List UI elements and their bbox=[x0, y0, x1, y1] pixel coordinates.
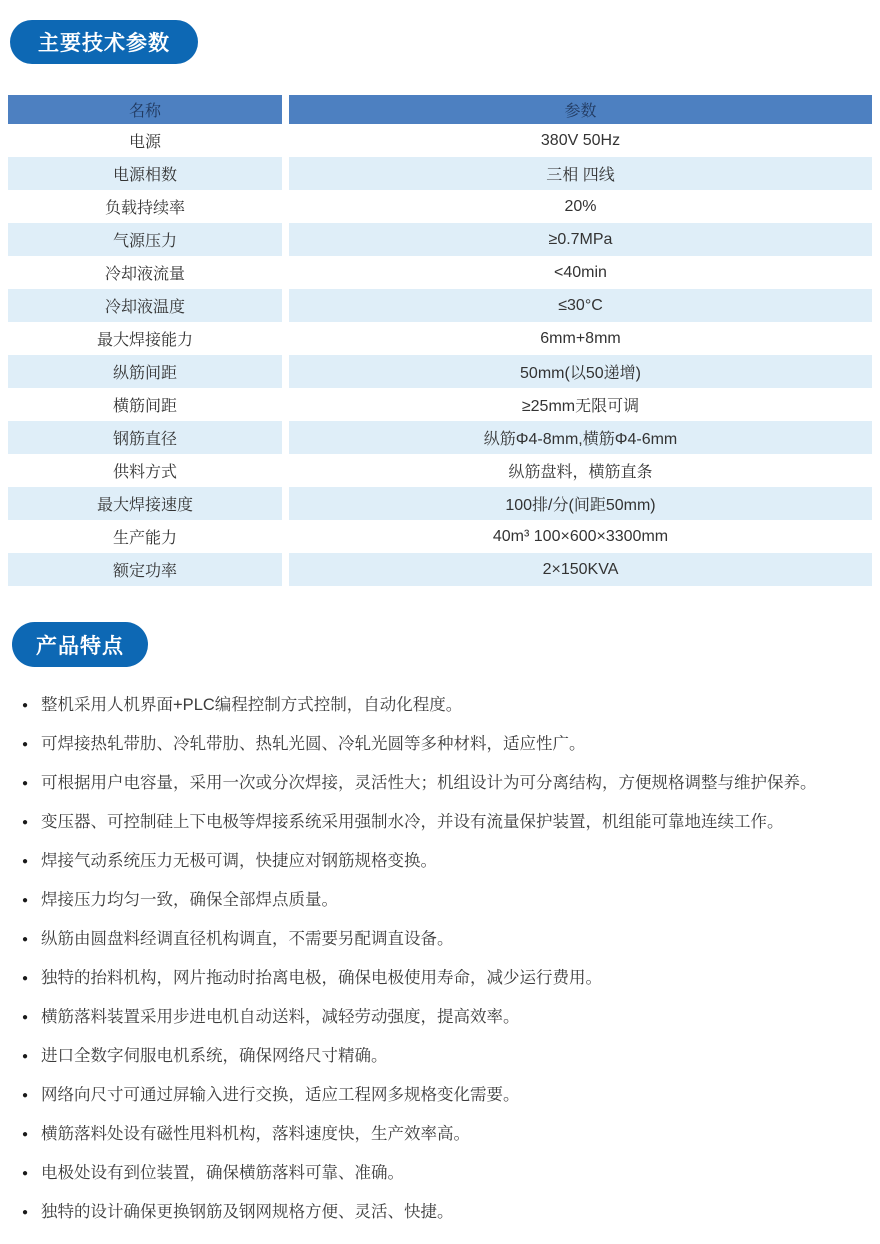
bullet-icon: ● bbox=[22, 1045, 28, 1068]
spec-value-cell: 三相 四线 bbox=[289, 157, 872, 190]
spec-name-cell: 纵筋间距 bbox=[8, 355, 282, 388]
column-divider bbox=[282, 421, 289, 454]
spec-table-row: 供料方式 纵筋盘料，横筋直条 bbox=[8, 454, 872, 487]
spec-table-row: 生产能力 40m³ 100×600×3300mm bbox=[8, 520, 872, 553]
feature-list-item: ● 可根据用户电容量，采用一次或分次焊接，灵活性大；机组设计为可分离结构，方便规… bbox=[22, 772, 874, 795]
spec-table-body: 电源 380V 50Hz 电源相数 三相 四线 负载持续率 20% 气源压力 ≥… bbox=[8, 124, 872, 586]
spec-name-cell: 横筋间距 bbox=[8, 388, 282, 421]
spec-value-cell: <40min bbox=[289, 256, 872, 289]
feature-text: 网络向尺寸可通过屏输入进行交换，适应工程网多规格变化需要。 bbox=[41, 1084, 520, 1107]
spec-table-row: 最大焊接能力 6mm+8mm bbox=[8, 322, 872, 355]
spec-name-cell: 负载持续率 bbox=[8, 190, 282, 223]
feature-text: 焊接压力均匀一致，确保全部焊点质量。 bbox=[41, 889, 338, 912]
spec-table-row: 横筋间距 ≥25mm无限可调 bbox=[8, 388, 872, 421]
bullet-icon: ● bbox=[22, 694, 28, 717]
column-divider bbox=[282, 388, 289, 421]
spec-table-row: 最大焊接速度 100排/分(间距50mm) bbox=[8, 487, 872, 520]
feature-text: 横筋落料处设有磁性甩料机构，落料速度快，生产效率高。 bbox=[41, 1123, 470, 1146]
spec-name-cell: 冷却液温度 bbox=[8, 289, 282, 322]
specs-section-badge: 主要技术参数 bbox=[10, 20, 198, 64]
feature-text: 独特的抬料机构，网片拖动时抬离电极，确保电极使用寿命，减少运行费用。 bbox=[41, 967, 602, 990]
spec-value-cell: 50mm(以50递增) bbox=[289, 355, 872, 388]
bullet-icon: ● bbox=[22, 1162, 28, 1185]
spec-value-cell: 100排/分(间距50mm) bbox=[289, 487, 872, 520]
feature-text: 电极处设有到位装置，确保横筋落料可靠、准确。 bbox=[41, 1162, 404, 1185]
spec-value-cell: 2×150KVA bbox=[289, 553, 872, 586]
feature-list-item: ● 焊接气动系统压力无极可调，快捷应对钢筋规格变换。 bbox=[22, 850, 874, 873]
spec-value-cell: 380V 50Hz bbox=[289, 124, 872, 157]
feature-list-item: ● 电极处设有到位装置，确保横筋落料可靠、准确。 bbox=[22, 1162, 874, 1185]
feature-list: ● 整机采用人机界面+PLC编程控制方式控制，自动化程度。 ● 可焊接热轧带肋、… bbox=[0, 694, 880, 1224]
bullet-icon: ● bbox=[22, 928, 28, 951]
feature-list-item: ● 独特的设计确保更换钢筋及钢网规格方便、灵活、快捷。 bbox=[22, 1201, 874, 1224]
bullet-icon: ● bbox=[22, 1201, 28, 1224]
feature-list-item: ● 进口全数字伺服电机系统，确保网络尺寸精确。 bbox=[22, 1045, 874, 1068]
feature-text: 独特的设计确保更换钢筋及钢网规格方便、灵活、快捷。 bbox=[41, 1201, 454, 1224]
feature-text: 纵筋由圆盘料经调直径机构调直，不需要另配调直设备。 bbox=[41, 928, 454, 951]
spec-table-row: 纵筋间距 50mm(以50递增) bbox=[8, 355, 872, 388]
column-divider bbox=[282, 223, 289, 256]
bullet-icon: ● bbox=[22, 1006, 28, 1029]
column-divider bbox=[282, 454, 289, 487]
spec-name-cell: 气源压力 bbox=[8, 223, 282, 256]
spec-value-cell: 40m³ 100×600×3300mm bbox=[289, 520, 872, 553]
column-divider bbox=[282, 355, 289, 388]
spec-name-cell: 钢筋直径 bbox=[8, 421, 282, 454]
feature-text: 焊接气动系统压力无极可调，快捷应对钢筋规格变换。 bbox=[41, 850, 437, 873]
bullet-icon: ● bbox=[22, 889, 28, 912]
feature-list-item: ● 纵筋由圆盘料经调直径机构调直，不需要另配调直设备。 bbox=[22, 928, 874, 951]
bullet-icon: ● bbox=[22, 850, 28, 873]
spec-table-row: 电源相数 三相 四线 bbox=[8, 157, 872, 190]
bullet-icon: ● bbox=[22, 772, 28, 795]
feature-text: 横筋落料装置采用步进电机自动送料，减轻劳动强度，提高效率。 bbox=[41, 1006, 520, 1029]
feature-list-item: ● 焊接压力均匀一致，确保全部焊点质量。 bbox=[22, 889, 874, 912]
spec-table-row: 电源 380V 50Hz bbox=[8, 124, 872, 157]
header-cell-param: 参数 bbox=[289, 95, 872, 124]
column-divider bbox=[282, 95, 289, 124]
feature-list-item: ● 变压器、可控制硅上下电极等焊接系统采用强制水冷，并设有流量保护装置，机组能可… bbox=[22, 811, 874, 834]
bullet-icon: ● bbox=[22, 1123, 28, 1146]
feature-list-item: ● 可焊接热轧带肋、冷轧带肋、热轧光圆、冷轧光圆等多种材料，适应性广。 bbox=[22, 733, 874, 756]
spec-value-cell: ≤30°C bbox=[289, 289, 872, 322]
features-section-badge: 产品特点 bbox=[12, 622, 148, 667]
spec-table-row: 冷却液温度 ≤30°C bbox=[8, 289, 872, 322]
bullet-icon: ● bbox=[22, 811, 28, 834]
feature-text: 变压器、可控制硅上下电极等焊接系统采用强制水冷，并设有流量保护装置，机组能可靠地… bbox=[41, 811, 784, 834]
spec-table-row: 钢筋直径 纵筋Φ4-8mm,横筋Φ4-6mm bbox=[8, 421, 872, 454]
spec-name-cell: 冷却液流量 bbox=[8, 256, 282, 289]
feature-text: 可焊接热轧带肋、冷轧带肋、热轧光圆、冷轧光圆等多种材料，适应性广。 bbox=[41, 733, 586, 756]
spec-table-row: 额定功率 2×150KVA bbox=[8, 553, 872, 586]
spec-name-cell: 最大焊接能力 bbox=[8, 322, 282, 355]
feature-list-item: ● 横筋落料装置采用步进电机自动送料，减轻劳动强度，提高效率。 bbox=[22, 1006, 874, 1029]
spec-name-cell: 供料方式 bbox=[8, 454, 282, 487]
column-divider bbox=[282, 322, 289, 355]
column-divider bbox=[282, 487, 289, 520]
spec-value-cell: ≥25mm无限可调 bbox=[289, 388, 872, 421]
column-divider bbox=[282, 256, 289, 289]
spec-value-cell: 6mm+8mm bbox=[289, 322, 872, 355]
feature-list-item: ● 网络向尺寸可通过屏输入进行交换，适应工程网多规格变化需要。 bbox=[22, 1084, 874, 1107]
feature-text: 可根据用户电容量，采用一次或分次焊接，灵活性大；机组设计为可分离结构，方便规格调… bbox=[41, 772, 817, 795]
spec-name-cell: 电源相数 bbox=[8, 157, 282, 190]
feature-list-item: ● 独特的抬料机构，网片拖动时抬离电极，确保电极使用寿命，减少运行费用。 bbox=[22, 967, 874, 990]
spec-value-cell: 纵筋Φ4-8mm,横筋Φ4-6mm bbox=[289, 421, 872, 454]
spec-value-cell: ≥0.7MPa bbox=[289, 223, 872, 256]
column-divider bbox=[282, 190, 289, 223]
spec-table-row: 负载持续率 20% bbox=[8, 190, 872, 223]
spec-name-cell: 最大焊接速度 bbox=[8, 487, 282, 520]
spec-table: 名称 参数 电源 380V 50Hz 电源相数 三相 四线 负载持续率 20% … bbox=[8, 95, 872, 586]
column-divider bbox=[282, 520, 289, 553]
spec-table-row: 冷却液流量 <40min bbox=[8, 256, 872, 289]
spec-name-cell: 电源 bbox=[8, 124, 282, 157]
column-divider bbox=[282, 553, 289, 586]
column-divider bbox=[282, 289, 289, 322]
spec-table-header-row: 名称 参数 bbox=[8, 95, 872, 124]
feature-list-item: ● 整机采用人机界面+PLC编程控制方式控制，自动化程度。 bbox=[22, 694, 874, 717]
header-cell-name: 名称 bbox=[8, 95, 282, 124]
column-divider bbox=[282, 157, 289, 190]
bullet-icon: ● bbox=[22, 733, 28, 756]
spec-name-cell: 生产能力 bbox=[8, 520, 282, 553]
bullet-icon: ● bbox=[22, 967, 28, 990]
product-spec-page: { "colors": { "badge_blue": "#0d68b4", "… bbox=[0, 0, 880, 1244]
spec-value-cell: 纵筋盘料，横筋直条 bbox=[289, 454, 872, 487]
spec-value-cell: 20% bbox=[289, 190, 872, 223]
bullet-icon: ● bbox=[22, 1084, 28, 1107]
spec-table-row: 气源压力 ≥0.7MPa bbox=[8, 223, 872, 256]
spec-name-cell: 额定功率 bbox=[8, 553, 282, 586]
feature-text: 整机采用人机界面+PLC编程控制方式控制，自动化程度。 bbox=[41, 694, 462, 717]
feature-list-item: ● 横筋落料处设有磁性甩料机构，落料速度快，生产效率高。 bbox=[22, 1123, 874, 1146]
feature-text: 进口全数字伺服电机系统，确保网络尺寸精确。 bbox=[41, 1045, 388, 1068]
column-divider bbox=[282, 124, 289, 157]
